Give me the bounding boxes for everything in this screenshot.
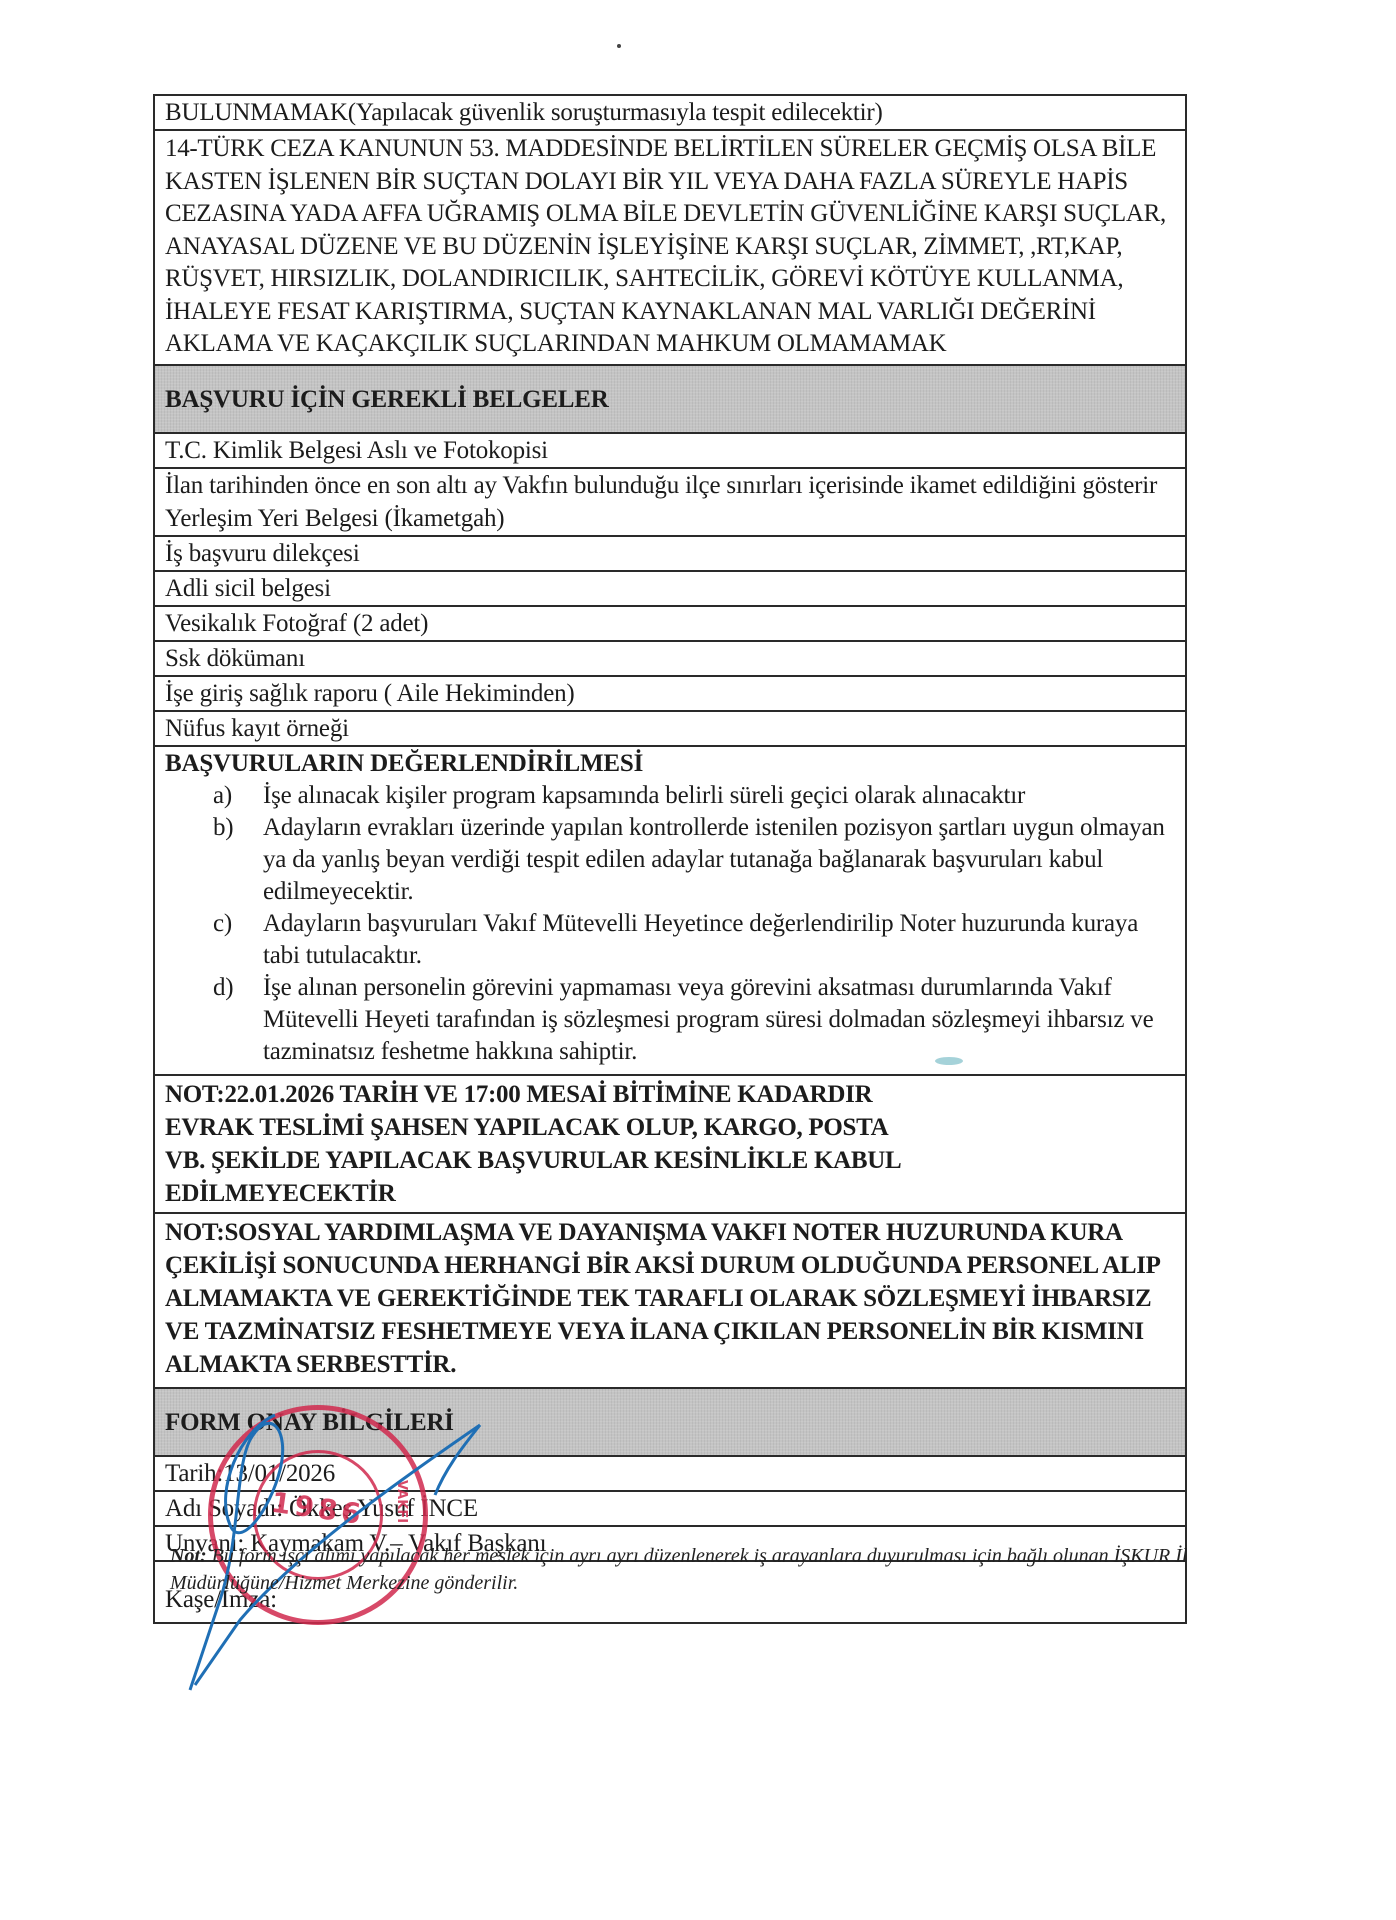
evaluation-item-marker: c)	[213, 908, 263, 972]
footer-note: Not: Bu form işçi alımı yapılacak her me…	[170, 1543, 1230, 1597]
deadline-note-text: NOT:22.01.2026 TARİH VE 17:00 MESAİ BİTİ…	[165, 1081, 900, 1207]
document-item-row: Adli sicil belgesi	[155, 572, 1185, 607]
approval-date: Tarih:13/01/2026	[165, 1460, 335, 1487]
document-item-text: Vesikalık Fotoğraf (2 adet)	[165, 610, 428, 637]
footer-note-text: Bu form işçi alımı yapılacak her meslek …	[170, 1545, 1187, 1594]
document-item-text: Adli sicil belgesi	[165, 575, 331, 602]
document-item-text: İlan tarihinden önce en son altı ay Vakf…	[165, 472, 1157, 532]
scan-speck	[617, 44, 621, 48]
document-item-row: Nüfus kayıt örneği	[155, 712, 1185, 747]
document-item-text: Ssk dökümanı	[165, 645, 305, 672]
evaluation-list: a) İşe alınacak kişiler program kapsamın…	[165, 780, 1175, 1070]
ink-smudge	[935, 1057, 963, 1065]
approval-name-row: Adı Soyadı: Ökkeş Yusuf İNCE	[155, 1492, 1185, 1527]
evaluation-item: d) İşe alınan personelin görevini yapmam…	[165, 972, 1175, 1068]
requirement-continuation-text: BULUNMAMAK(Yapılacak güvenlik soruşturma…	[165, 99, 883, 126]
evaluation-item-text: İşe alınan personelin görevini yapmaması…	[263, 972, 1175, 1068]
document-item-text: İşe giriş sağlık raporu ( Aile Hekiminde…	[165, 680, 575, 707]
evaluation-item: a) İşe alınacak kişiler program kapsamın…	[165, 780, 1175, 812]
required-documents-header: BAŞVURU İÇİN GEREKLİ BELGELER	[155, 366, 1185, 434]
application-form-table: BULUNMAMAK(Yapılacak güvenlik soruşturma…	[153, 94, 1187, 1624]
foundation-note-text: NOT:SOSYAL YARDIMLAŞMA VE DAYANIŞMA VAKF…	[165, 1219, 1159, 1378]
approval-header: FORM ONAY BİLGİLERİ	[155, 1389, 1185, 1457]
foundation-note-row: NOT:SOSYAL YARDIMLAŞMA VE DAYANIŞMA VAKF…	[155, 1214, 1185, 1389]
requirement-item-14-row: 14-TÜRK CEZA KANUNUN 53. MADDESİNDE BELİ…	[155, 131, 1185, 366]
evaluation-item-marker: a)	[213, 780, 263, 812]
document-item-text: T.C. Kimlik Belgesi Aslı ve Fotokopisi	[165, 437, 548, 464]
document-item-text: İş başvuru dilekçesi	[165, 540, 360, 567]
evaluation-item: c) Adayların başvuruları Vakıf Mütevelli…	[165, 908, 1175, 972]
evaluation-item-marker: b)	[213, 812, 263, 908]
document-item-row: İş başvuru dilekçesi	[155, 537, 1185, 572]
requirement-continuation-row: BULUNMAMAK(Yapılacak güvenlik soruşturma…	[155, 96, 1185, 131]
document-item-row: Ssk dökümanı	[155, 642, 1185, 677]
document-item-row: İşe giriş sağlık raporu ( Aile Hekiminde…	[155, 677, 1185, 712]
evaluation-item: b) Adayların evrakları üzerinde yapılan …	[165, 812, 1175, 908]
document-item-row: T.C. Kimlik Belgesi Aslı ve Fotokopisi	[155, 434, 1185, 469]
document-item-row: İlan tarihinden önce en son altı ay Vakf…	[155, 469, 1185, 537]
deadline-note-row: NOT:22.01.2026 TARİH VE 17:00 MESAİ BİTİ…	[155, 1076, 1185, 1214]
required-documents-title: BAŞVURU İÇİN GEREKLİ BELGELER	[165, 386, 609, 413]
requirement-item-14-text: 14-TÜRK CEZA KANUNUN 53. MADDESİNDE BELİ…	[165, 135, 1166, 357]
evaluation-item-text: Adayların evrakları üzerinde yapılan kon…	[263, 812, 1175, 908]
document-item-text: Nüfus kayıt örneği	[165, 715, 349, 742]
document-item-row: Vesikalık Fotoğraf (2 adet)	[155, 607, 1185, 642]
approval-name: Adı Soyadı: Ökkeş Yusuf İNCE	[165, 1495, 478, 1522]
evaluation-title: BAŞVURULARIN DEĞERLENDİRİLMESİ	[165, 747, 1175, 780]
evaluation-item-text: İşe alınacak kişiler program kapsamında …	[263, 780, 1175, 812]
approval-title: FORM ONAY BİLGİLERİ	[165, 1409, 454, 1436]
evaluation-item-text: Adayların başvuruları Vakıf Mütevelli He…	[263, 908, 1175, 972]
evaluation-section: BAŞVURULARIN DEĞERLENDİRİLMESİ a) İşe al…	[155, 747, 1185, 1076]
evaluation-item-marker: d)	[213, 972, 263, 1068]
approval-date-row: Tarih:13/01/2026	[155, 1457, 1185, 1492]
footer-note-label: Not:	[170, 1545, 207, 1567]
